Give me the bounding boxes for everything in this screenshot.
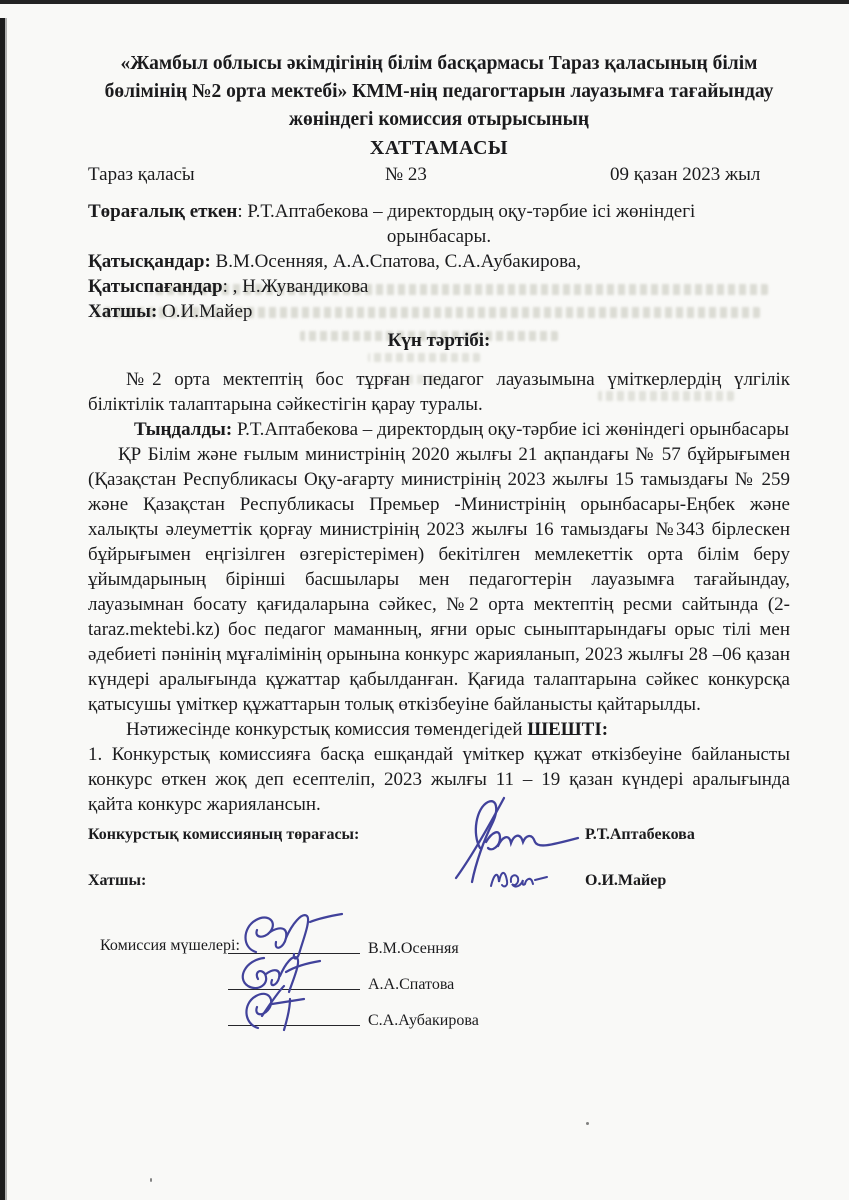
meta-protocol-number: № 23 <box>385 162 427 187</box>
document-title: ХАТТАМАСЫ <box>88 134 790 162</box>
heard-line: Тыңдалды: Р.Т.Аптабекова – директордың о… <box>88 417 790 442</box>
result-text: Нәтижесінде конкурстық комиссия төмендег… <box>126 719 527 740</box>
main-paragraph: ҚР Білім және ғылым министрінің 2020 жыл… <box>88 442 790 717</box>
decision-paragraph: 1. Конкурстық комиссияға басқа ешқандай … <box>88 742 790 817</box>
chairperson-line-2: орынбасары. <box>88 224 790 249</box>
secretary-text: О.И.Майер <box>157 301 252 322</box>
secretary-signature-row: Хатшы: О.И.Майер <box>88 872 790 897</box>
scanned-protocol-page: «Жамбыл облысы әкімдігінің білім басқарм… <box>0 0 849 1200</box>
secretary-signature-name: О.И.Майер <box>585 872 666 890</box>
secretary-label: Хатшы: <box>88 301 157 322</box>
members-label: Комиссия мүшелері: <box>100 937 240 955</box>
member-signature-ink <box>230 982 330 1034</box>
chairperson-text: : Р.Т.Аптабекова – директордың оқу-тәрби… <box>237 201 695 222</box>
member-name: А.А.Спатова <box>368 976 454 994</box>
heard-text: Р.Т.Аптабекова – директордың оқу-тәрбие … <box>232 419 789 440</box>
secretary-line: Хатшы: О.И.Майер <box>88 299 790 324</box>
absent-line: Қатыспағандар: , Н.Жувандикова <box>88 274 790 299</box>
scan-edge-top <box>0 0 849 4</box>
scan-speck <box>586 1122 589 1125</box>
result-decided-label: ШЕШТІ: <box>527 719 608 740</box>
chairperson-line: Төрағалық еткен: Р.Т.Аптабекова – директ… <box>88 199 790 224</box>
document-header: «Жамбыл облысы әкімдігінің білім басқарм… <box>88 50 790 134</box>
scan-edge-left-shadow <box>5 18 7 1200</box>
agenda-item: №2 орта мектептің бос тұрған педагог лау… <box>88 367 790 417</box>
chair-signature-label: Конкурстық комиссияның төрағасы: <box>88 826 359 843</box>
result-line: Нәтижесінде конкурстық комиссия төмендег… <box>88 717 790 742</box>
meta-row: Тараз қаласы № 23 09 қазан 2023 жыл <box>88 162 790 187</box>
chair-signature-row: Конкурстық комиссияның төрағасы: Р.Т.Апт… <box>88 826 790 851</box>
secretary-signature-ink <box>485 858 555 898</box>
attended-label: Қатысқандар: <box>88 251 211 272</box>
member-row: А.А.Спатова <box>88 960 790 996</box>
attended-line: Қатысқандар: В.М.Осенняя, А.А.Спатова, С… <box>88 249 790 274</box>
meta-date: 09 қазан 2023 жыл <box>610 162 760 187</box>
agenda-heading: Күн тәртібі: <box>88 328 790 353</box>
scan-speck <box>150 1178 152 1182</box>
absent-text: : , Н.Жувандикова <box>223 276 369 297</box>
chairperson-label: Төрағалық еткен <box>88 201 237 222</box>
heard-label: Тыңдалды: <box>134 419 232 440</box>
member-name: В.М.Осенняя <box>368 940 459 958</box>
absent-label: Қатыспағандар <box>88 276 223 297</box>
member-name: С.А.Аубакирова <box>368 1012 479 1030</box>
member-row: С.А.Аубакирова <box>88 996 790 1032</box>
attended-text: В.М.Осенняя, А.А.Спатова, С.А.Аубакирова… <box>211 251 581 272</box>
participants-block: Төрағалық еткен: Р.Т.Аптабекова – директ… <box>88 199 790 324</box>
secretary-signature-label: Хатшы: <box>88 872 146 889</box>
member-row: Комиссия мүшелері: В.М.Осенняя <box>88 924 790 960</box>
chair-signature-name: Р.Т.Аптабекова <box>585 826 695 844</box>
document-body: «Жамбыл облысы әкімдігінің білім басқарм… <box>88 50 790 817</box>
meta-city: Тараз қаласы <box>88 162 195 187</box>
members-block: Комиссия мүшелері: В.М.Осенняя А.А.Спато… <box>88 924 790 1032</box>
